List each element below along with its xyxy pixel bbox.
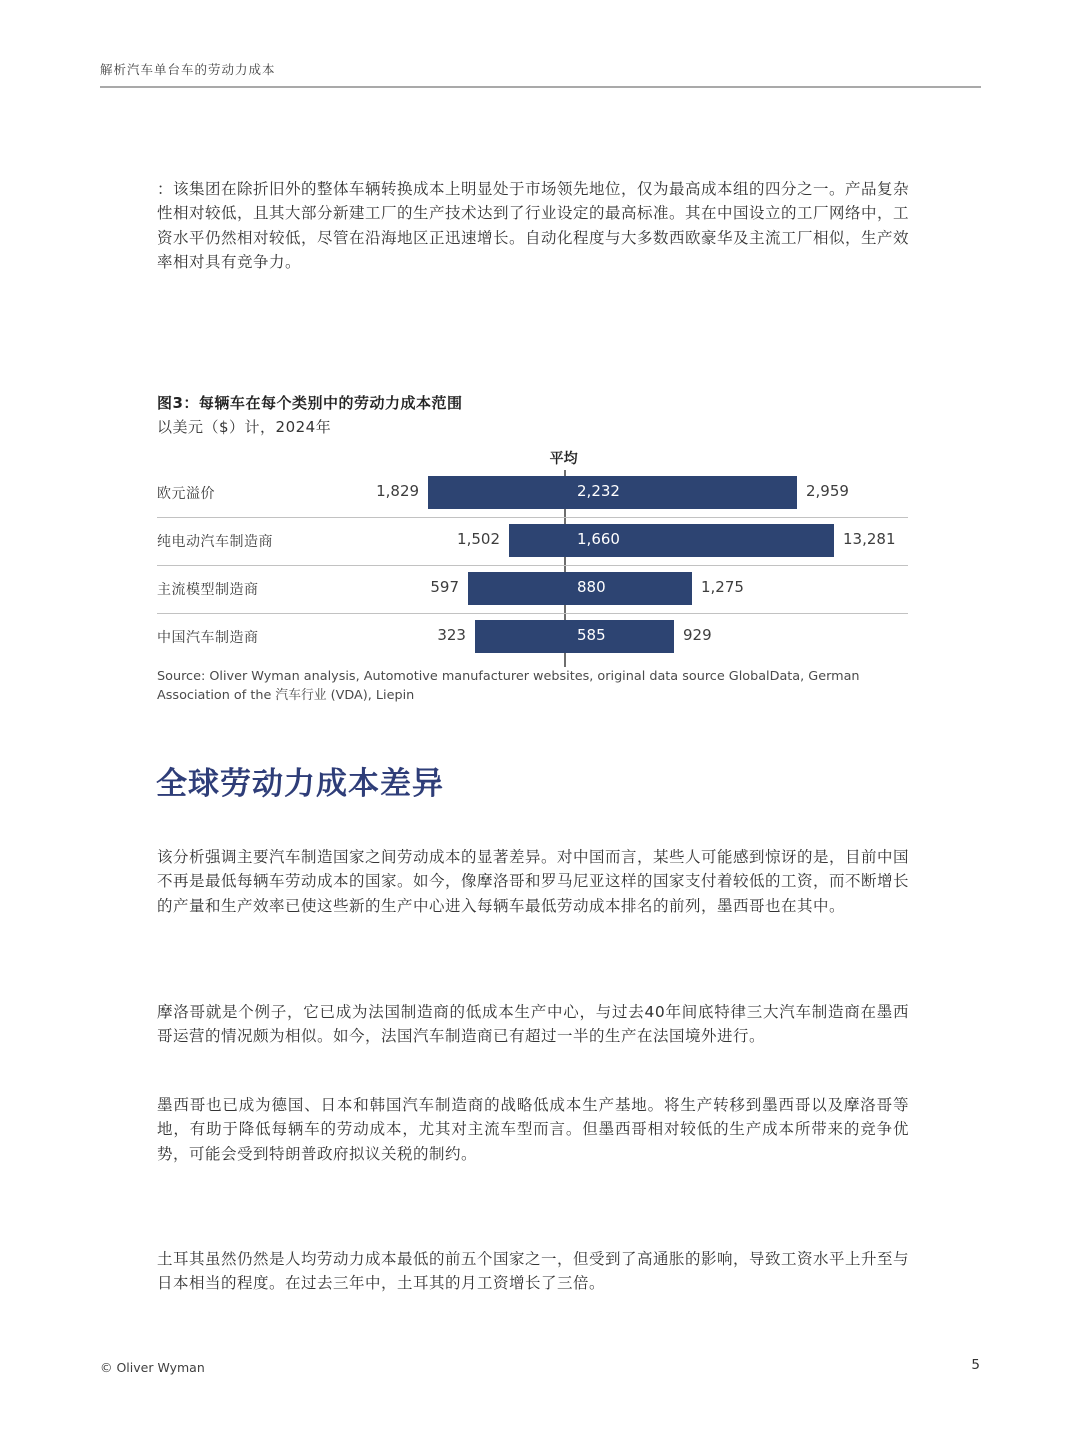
category-label: 中国汽车制造商: [157, 627, 259, 647]
chart-row-euro-premium: 欧元溢价 1,829 2,232 2,959: [157, 470, 908, 518]
max-value-label: 2,959: [806, 482, 849, 500]
range-bar: [509, 524, 834, 557]
footer-copyright: © Oliver Wyman: [100, 1360, 205, 1375]
avg-value-label: 880: [577, 578, 606, 596]
category-label: 主流模型制造商: [157, 579, 259, 599]
avg-value-label: 2,232: [577, 482, 620, 500]
category-label: 纯电动汽车制造商: [157, 531, 273, 551]
avg-value-label: 1,660: [577, 530, 620, 548]
header-divider: [100, 86, 981, 88]
body-paragraph: 土耳其虽然仍然是人均劳动力成本最低的前五个国家之一，但受到了高通胀的影响，导致工…: [157, 1247, 909, 1296]
source-note: Source: Oliver Wyman analysis, Automotiv…: [157, 667, 909, 705]
figure-title: 图3：每辆车在每个类别中的劳动力成本范围: [157, 392, 462, 413]
labor-cost-range-chart: 平均 欧元溢价 1,829 2,232 2,959 纯电动汽车制造商 1,502…: [157, 448, 908, 661]
chart-row-bev-makers: 纯电动汽车制造商 1,502 1,660 13,281: [157, 518, 908, 566]
chart-row-mainstream-makers: 主流模型制造商 597 880 1,275: [157, 566, 908, 614]
min-value-label: 323: [437, 626, 466, 644]
running-header-title: 解析汽车单台车的劳动力成本: [100, 60, 276, 78]
chart-row-chinese-makers: 中国汽车制造商 323 585 929: [157, 614, 908, 661]
category-label: 欧元溢价: [157, 483, 215, 503]
figure-subtitle: 以美元（$）计，2024年: [157, 416, 331, 437]
body-paragraph: 该分析强调主要汽车制造国家之间劳动成本的显著差异。对中国而言，某些人可能感到惊讶…: [157, 845, 909, 919]
min-value-label: 1,502: [457, 530, 500, 548]
max-value-label: 929: [683, 626, 712, 644]
max-value-label: 1,275: [701, 578, 744, 596]
min-value-label: 1,829: [376, 482, 419, 500]
max-value-label: 13,281: [843, 530, 896, 548]
min-value-label: 597: [430, 578, 459, 596]
avg-value-label: 585: [577, 626, 606, 644]
page-number: 5: [971, 1357, 980, 1373]
range-bar: [475, 620, 674, 653]
intro-paragraph: ：该集团在除折旧外的整体车辆转换成本上明显处于市场领先地位，仅为最高成本组的四分…: [157, 177, 909, 275]
body-paragraph: 摩洛哥就是个例子，它已成为法国制造商的低成本生产中心，与过去40年间底特律三大汽…: [157, 1000, 909, 1049]
body-paragraph: 墨西哥也已成为德国、日本和韩国汽车制造商的战略低成本生产基地。将生产转移到墨西哥…: [157, 1093, 909, 1167]
section-heading: 全球劳动力成本差异: [156, 758, 444, 803]
chart-body: 欧元溢价 1,829 2,232 2,959 纯电动汽车制造商 1,502 1,…: [157, 470, 908, 661]
average-caption: 平均: [550, 448, 578, 468]
